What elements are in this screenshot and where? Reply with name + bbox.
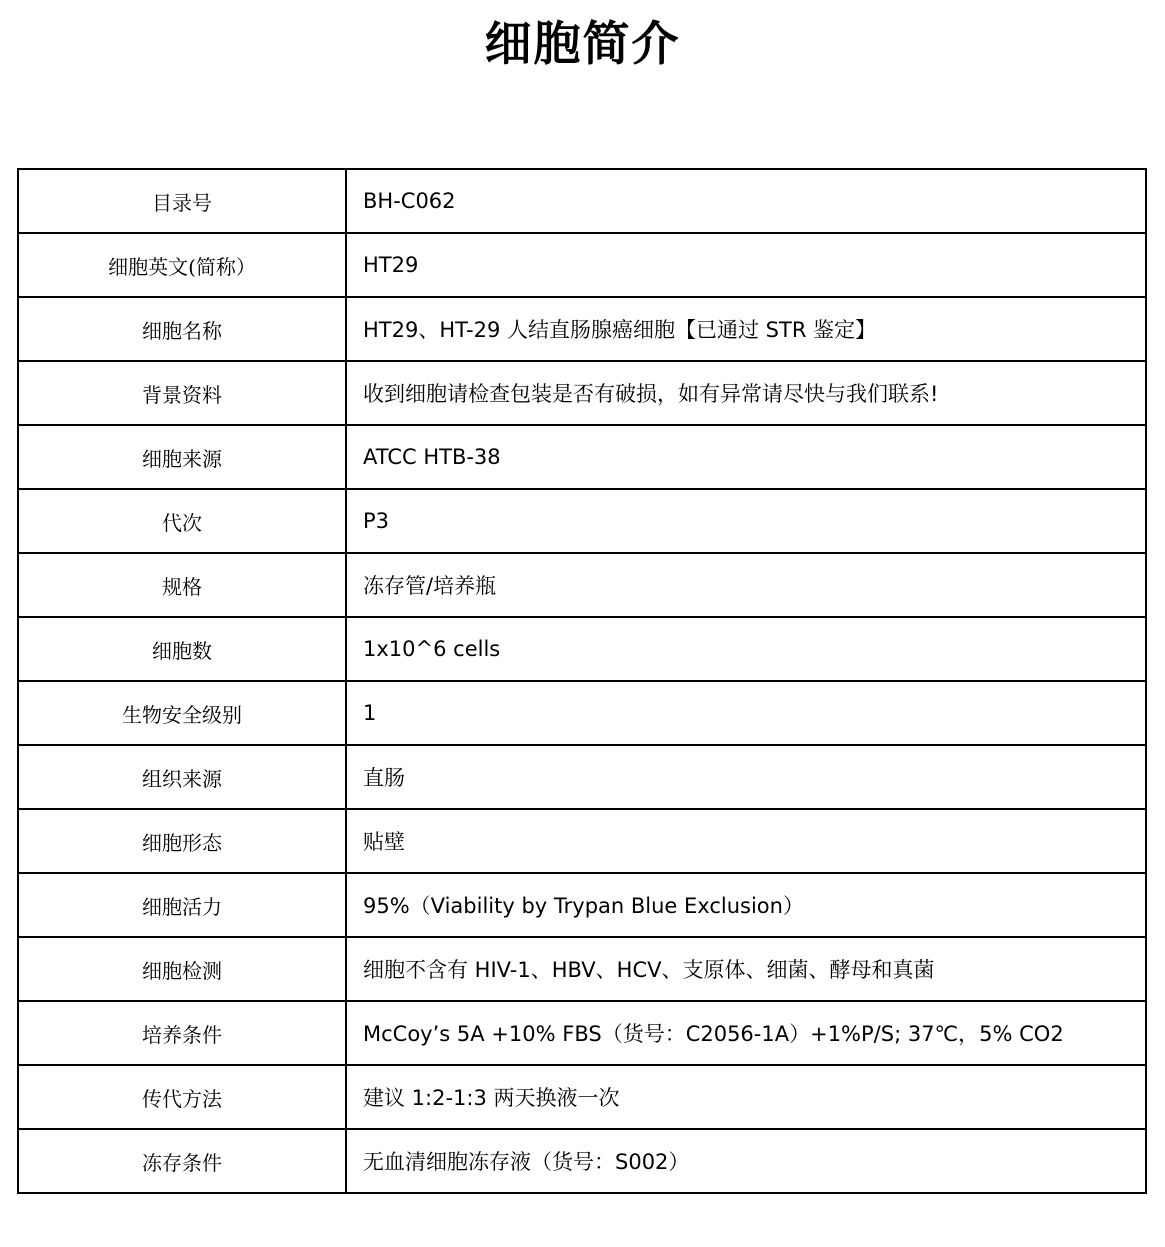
table-row: 传代方法 建议 1:2-1:3 两天换液一次	[18, 1065, 1146, 1129]
row-label: 目录号	[18, 169, 346, 233]
table-row: 细胞来源 ATCC HTB-38	[18, 425, 1146, 489]
table-row: 细胞名称 HT29、HT-29 人结直肠腺癌细胞【已通过 STR 鉴定】	[18, 297, 1146, 361]
table-row: 目录号 BH-C062	[18, 169, 1146, 233]
row-label: 培养条件	[18, 1001, 346, 1065]
row-value: McCoy’s 5A +10% FBS（货号：C2056-1A）+1%P/S; …	[346, 1001, 1146, 1065]
row-value: 冻存管/培养瓶	[346, 553, 1146, 617]
row-label: 生物安全级别	[18, 681, 346, 745]
row-label: 细胞检测	[18, 937, 346, 1001]
row-label: 背景资料	[18, 361, 346, 425]
row-label: 细胞英文(简称）	[18, 233, 346, 297]
table-row: 生物安全级别 1	[18, 681, 1146, 745]
table-row: 细胞数 1x10^6 cells	[18, 617, 1146, 681]
cell-info-table: 目录号 BH-C062 细胞英文(简称） HT29 细胞名称 HT29、HT-2…	[17, 168, 1147, 1194]
table-row: 背景资料 收到细胞请检查包装是否有破损，如有异常请尽快与我们联系!	[18, 361, 1146, 425]
row-value: P3	[346, 489, 1146, 553]
row-label: 代次	[18, 489, 346, 553]
row-value: 95%（Viability by Trypan Blue Exclusion）	[346, 873, 1146, 937]
row-value: HT29	[346, 233, 1146, 297]
row-label: 细胞活力	[18, 873, 346, 937]
row-value: 收到细胞请检查包装是否有破损，如有异常请尽快与我们联系!	[346, 361, 1146, 425]
table-row: 细胞活力 95%（Viability by Trypan Blue Exclus…	[18, 873, 1146, 937]
table-row: 代次 P3	[18, 489, 1146, 553]
row-value: 直肠	[346, 745, 1146, 809]
table-row: 培养条件 McCoy’s 5A +10% FBS（货号：C2056-1A）+1%…	[18, 1001, 1146, 1065]
row-label: 细胞形态	[18, 809, 346, 873]
row-value: 细胞不含有 HIV-1、HBV、HCV、支原体、细菌、酵母和真菌	[346, 937, 1146, 1001]
row-label: 组织来源	[18, 745, 346, 809]
table-row: 细胞英文(简称） HT29	[18, 233, 1146, 297]
row-value: HT29、HT-29 人结直肠腺癌细胞【已通过 STR 鉴定】	[346, 297, 1146, 361]
row-label: 传代方法	[18, 1065, 346, 1129]
row-value: 无血清细胞冻存液（货号：S002）	[346, 1129, 1146, 1193]
row-label: 冻存条件	[18, 1129, 346, 1193]
page-title: 细胞简介	[0, 0, 1165, 76]
table-row: 细胞检测 细胞不含有 HIV-1、HBV、HCV、支原体、细菌、酵母和真菌	[18, 937, 1146, 1001]
row-value: BH-C062	[346, 169, 1146, 233]
row-value: 建议 1:2-1:3 两天换液一次	[346, 1065, 1146, 1129]
row-value: 贴壁	[346, 809, 1146, 873]
table-row: 组织来源 直肠	[18, 745, 1146, 809]
row-label: 规格	[18, 553, 346, 617]
table-row: 冻存条件 无血清细胞冻存液（货号：S002）	[18, 1129, 1146, 1193]
row-value: 1	[346, 681, 1146, 745]
row-label: 细胞名称	[18, 297, 346, 361]
row-value: ATCC HTB-38	[346, 425, 1146, 489]
row-value: 1x10^6 cells	[346, 617, 1146, 681]
row-label: 细胞数	[18, 617, 346, 681]
row-label: 细胞来源	[18, 425, 346, 489]
table-row: 规格 冻存管/培养瓶	[18, 553, 1146, 617]
table-row: 细胞形态 贴壁	[18, 809, 1146, 873]
